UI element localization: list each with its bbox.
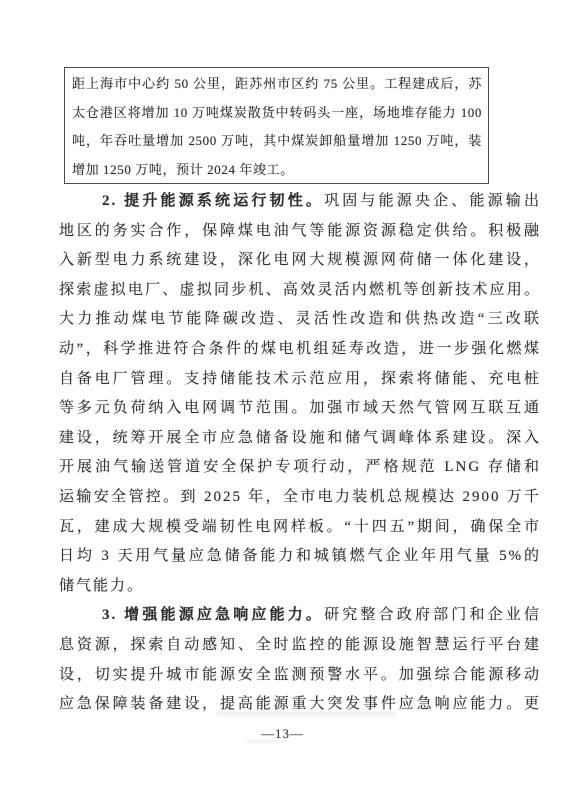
paragraph-2-first-line: 2. 提升能源系统运行韧性。巩固与能源央企、能源输出 <box>59 187 541 217</box>
page-number: —13— <box>0 726 565 746</box>
paragraph-2-line: 开展油气输送管道安全保护专项行动，严格规范 LNG 存储和 <box>59 453 541 483</box>
paragraph-3-line: 息资源，探索自动感知、全时监控的能源设施智慧运行平台建 <box>59 631 541 661</box>
paragraph-3-heading: 3. 增强能源应急响应能力。 <box>102 607 324 623</box>
paragraph-3-first-line-rest: 研究整合政府部门和企业信 <box>324 607 541 623</box>
paragraph-2-line: 日均 3 天用气量应急储备能力和城镇燃气企业年用气量 5%的 <box>59 542 541 572</box>
paragraph-2-line: 入新型电力系统建设，深化电网大规模源网荷储一体化建设， <box>59 246 541 276</box>
paragraph-2-line: 建设，统筹开展全市应急储备设施和储气调峰体系建设。深入 <box>59 424 541 454</box>
paragraph-2-last-line: 储气能力。 <box>59 572 541 602</box>
box-line: 太仓港区将增加 10 万吨煤炭散货中转码头一座，场地堆存能力 100 万 <box>72 99 482 128</box>
scanned-document-page: 距上海市中心约 50 公里，距苏州市区约 75 公里。工程建成后，苏州港 太仓港… <box>0 0 565 800</box>
box-line: 吨，年吞吐量增加 2500 万吨，其中煤炭卸船量增加 1250 万吨，装船量 <box>72 127 482 156</box>
paragraph-2-line: 等多元负荷纳入电网调节范围。加强市域天然气管网互联互通 <box>59 394 541 424</box>
paragraph-2-line: 瓦，建成大规模受端韧性电网样板。“十四五”期间，确保全市 <box>59 513 541 543</box>
paragraph-2-heading: 2. 提升能源系统运行韧性。 <box>102 193 324 209</box>
scan-artifact <box>216 712 396 716</box>
paragraph-2-first-line-rest: 巩固与能源央企、能源输出 <box>324 193 541 209</box>
paragraph-2-line: 探索虚拟电厂、虚拟同步机、高效灵活内燃机等创新技术应用。 <box>59 276 541 306</box>
paragraph-2-line: 大力推动煤电节能降碳改造、灵活性改造和供热改造“三改联 <box>59 305 541 335</box>
document-body: 2. 提升能源系统运行韧性。巩固与能源央企、能源输出 地区的务实合作，保障煤电油… <box>59 187 541 720</box>
box-line: 增加 1250 万吨，预计 2024 年竣工。 <box>72 156 482 185</box>
boxed-summary: 距上海市中心约 50 公里，距苏州市区约 75 公里。工程建成后，苏州港 太仓港… <box>64 67 489 184</box>
paragraph-2-line: 运输安全管控。到 2025 年，全市电力装机总规模达 2900 万千 <box>59 483 541 513</box>
paragraph-2-line: 地区的务实合作，保障煤电油气等能源资源稳定供给。积极融 <box>59 217 541 247</box>
box-line: 距上海市中心约 50 公里，距苏州市区约 75 公里。工程建成后，苏州港 <box>72 70 482 99</box>
paragraph-3-line: 设，切实提升城市能源安全监测预警水平。加强综合能源移动 <box>59 661 541 691</box>
paragraph-3-first-line: 3. 增强能源应急响应能力。研究整合政府部门和企业信 <box>59 601 541 631</box>
paragraph-2-line: 动”，科学推进符合条件的煤电机组延寿改造，进一步强化燃煤 <box>59 335 541 365</box>
paragraph-2-line: 自备电厂管理。支持储能技术示范应用，探索将储能、充电桩 <box>59 365 541 395</box>
